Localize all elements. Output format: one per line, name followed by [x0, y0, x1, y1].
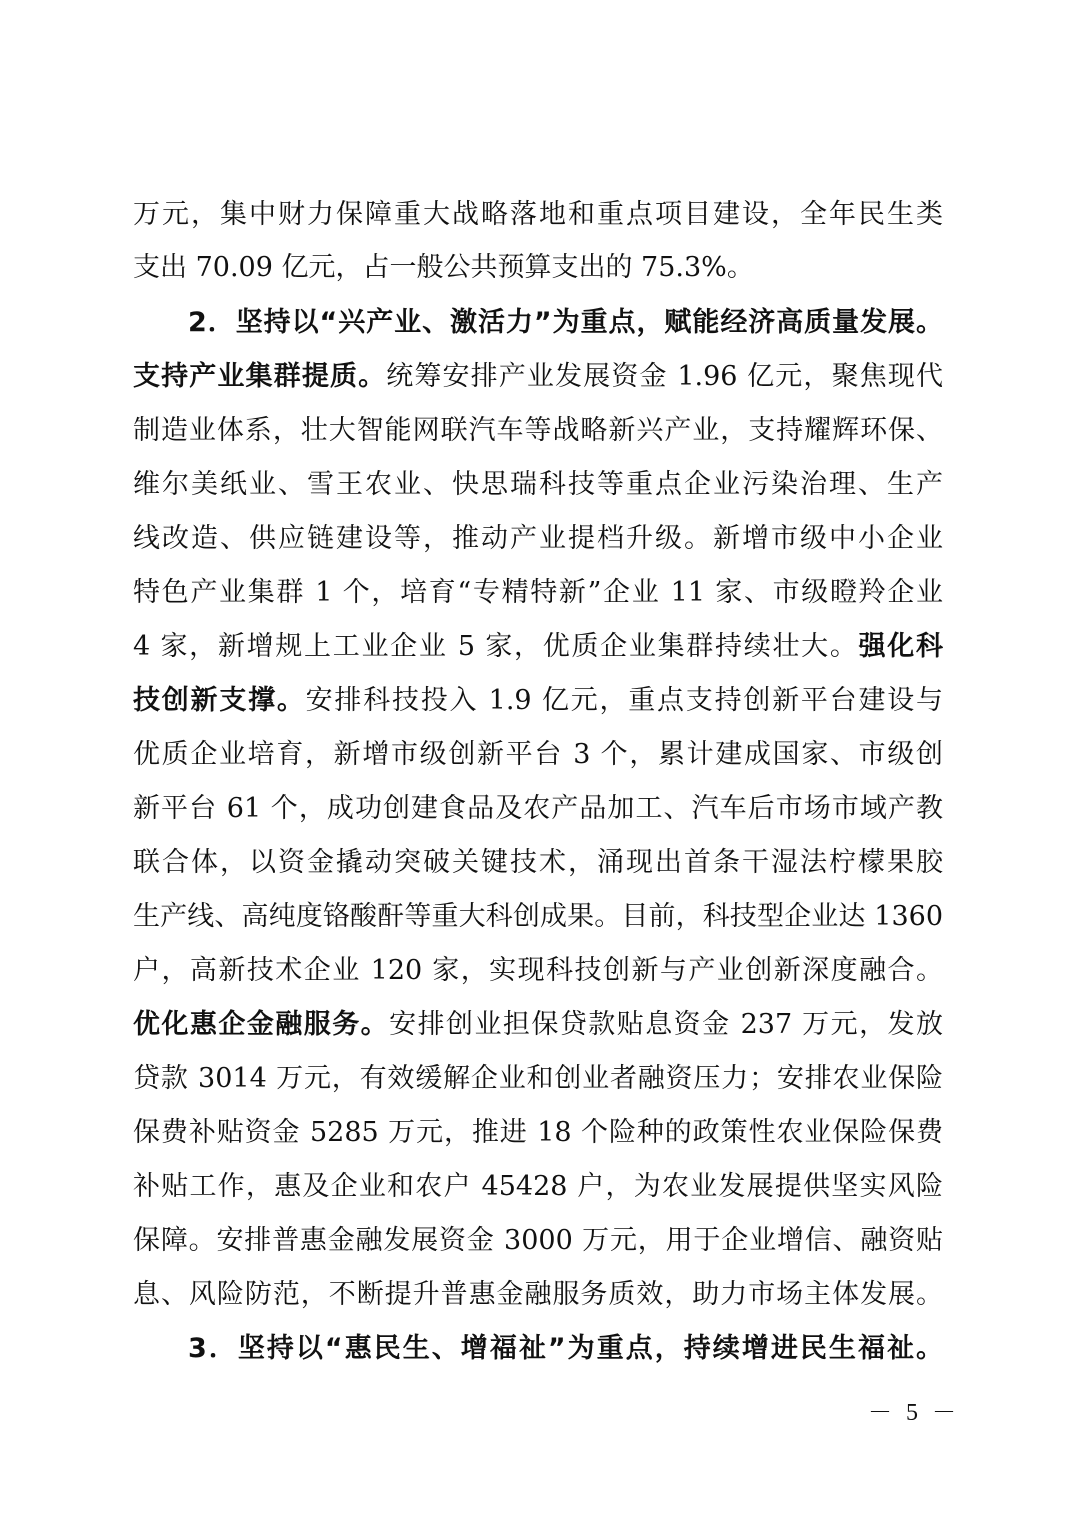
text-line: 维尔美纸业、雪王农业、快思瑞科技等重点企业污染治理、生产 — [133, 465, 943, 505]
text-line: 保费补贴资金 5285 万元，推进 18 个险种的政策性农业保险保费 — [133, 1113, 943, 1153]
body-text-segment: 保费补贴资金 5285 万元，推进 18 个险种的政策性农业保险保费 — [133, 1117, 943, 1148]
bold-heading-text: 技创新支撑。 — [133, 685, 306, 716]
body-text-segment: 安排科技投入 1.9 亿元，重点支持创新平台建设与 — [306, 685, 943, 716]
text-line: 优质企业培育，新增市级创新平台 3 个，累计建成国家、市级创 — [133, 735, 943, 775]
text-line: 补贴工作，惠及企业和农户 45428 户，为农业发展提供坚实风险 — [133, 1167, 943, 1207]
text-line: 2．坚持以“兴产业、激活力”为重点，赋能经济高质量发展。 — [188, 303, 943, 343]
body-text-segment: 新平台 61 个，成功创建食品及农产品加工、汽车后市场市域产教 — [133, 793, 943, 824]
body-text-segment: 制造业体系，壮大智能网联汽车等战略新兴产业，支持耀辉环保、 — [133, 415, 943, 446]
body-text-segment: 特色产业集群 1 个，培育“专精特新”企业 11 家、市级瞪羚企业 — [133, 577, 943, 608]
text-line: 优化惠企金融服务。安排创业担保贷款贴息资金 237 万元，发放 — [133, 1005, 943, 1045]
document-page: 万元，集中财力保障重大战略落地和重点项目建设，全年民生类支出 70.09 亿元，… — [0, 0, 1074, 1520]
text-line: 贷款 3014 万元，有效缓解企业和创业者融资压力；安排农业保险 — [133, 1059, 943, 1099]
body-text-segment: 生产线、高纯度铬酸酐等重大科创成果。目前，科技型企业达 1360 — [133, 901, 943, 932]
body-text-segment: 息、风险防范，不断提升普惠金融服务质效，助力市场主体发展。 — [133, 1279, 943, 1310]
body-text-segment: 优质企业培育，新增市级创新平台 3 个，累计建成国家、市级创 — [133, 739, 943, 770]
body-text-segment: 安排创业担保贷款贴息资金 237 万元，发放 — [389, 1009, 943, 1040]
text-line: 保障。安排普惠金融发展资金 3000 万元，用于企业增信、融资贴 — [133, 1221, 943, 1261]
body-text-segment: 维尔美纸业、雪王农业、快思瑞科技等重点企业污染治理、生产 — [133, 469, 943, 500]
text-line: 联合体，以资金撬动突破关键技术，涌现出首条干湿法柠檬果胶 — [133, 843, 943, 883]
body-text-segment: 支出 70.09 亿元，占一般公共预算支出的 75.3%。 — [133, 252, 754, 283]
text-line: 息、风险防范，不断提升普惠金融服务质效，助力市场主体发展。 — [133, 1275, 943, 1315]
page-number: － 5 － — [868, 1392, 960, 1427]
body-text-segment: 户，高新技术企业 120 家，实现科技创新与产业创新深度融合。 — [133, 955, 943, 986]
body-text-segment: 4 家，新增规上工业企业 5 家，优质企业集群持续壮大。 — [133, 631, 859, 662]
bold-heading-text: 优化惠企金融服务。 — [133, 1009, 389, 1040]
text-line: 万元，集中财力保障重大战略落地和重点项目建设，全年民生类 — [133, 195, 943, 235]
body-text-segment: 线改造、供应链建设等，推动产业提档升级。新增市级中小企业 — [133, 523, 943, 554]
body-text-segment: 万元，集中财力保障重大战略落地和重点项目建设，全年民生类 — [133, 199, 943, 230]
text-line: 技创新支撑。安排科技投入 1.9 亿元，重点支持创新平台建设与 — [133, 681, 943, 721]
body-text-segment: 统筹安排产业发展资金 1.96 亿元，聚焦现代 — [386, 361, 943, 392]
text-line: 生产线、高纯度铬酸酐等重大科创成果。目前，科技型企业达 1360 — [133, 897, 943, 937]
text-line: 支出 70.09 亿元，占一般公共预算支出的 75.3%。 — [133, 248, 943, 288]
text-line: 新平台 61 个，成功创建食品及农产品加工、汽车后市场市域产教 — [133, 789, 943, 829]
body-text-segment: 贷款 3014 万元，有效缓解企业和创业者融资压力；安排农业保险 — [133, 1063, 943, 1094]
text-line: 线改造、供应链建设等，推动产业提档升级。新增市级中小企业 — [133, 519, 943, 559]
bold-heading-text: 3．坚持以“惠民生、增福祉”为重点，持续增进民生福祉。 — [188, 1333, 943, 1364]
text-line: 4 家，新增规上工业企业 5 家，优质企业集群持续壮大。强化科 — [133, 627, 943, 667]
body-text-segment: 补贴工作，惠及企业和农户 45428 户，为农业发展提供坚实风险 — [133, 1171, 943, 1202]
bold-heading-text: 强化科 — [859, 631, 943, 662]
bold-heading-text: 支持产业集群提质。 — [133, 361, 386, 392]
body-text-segment: 联合体，以资金撬动突破关键技术，涌现出首条干湿法柠檬果胶 — [133, 847, 943, 878]
bold-heading-text: 2．坚持以“兴产业、激活力”为重点，赋能经济高质量发展。 — [188, 307, 943, 338]
text-line: 支持产业集群提质。统筹安排产业发展资金 1.96 亿元，聚焦现代 — [133, 357, 943, 397]
text-line: 户，高新技术企业 120 家，实现科技创新与产业创新深度融合。 — [133, 951, 943, 991]
text-line: 制造业体系，壮大智能网联汽车等战略新兴产业，支持耀辉环保、 — [133, 411, 943, 451]
text-line: 特色产业集群 1 个，培育“专精特新”企业 11 家、市级瞪羚企业 — [133, 573, 943, 613]
text-line: 3．坚持以“惠民生、增福祉”为重点，持续增进民生福祉。 — [188, 1329, 943, 1369]
body-text-segment: 保障。安排普惠金融发展资金 3000 万元，用于企业增信、融资贴 — [133, 1225, 943, 1256]
